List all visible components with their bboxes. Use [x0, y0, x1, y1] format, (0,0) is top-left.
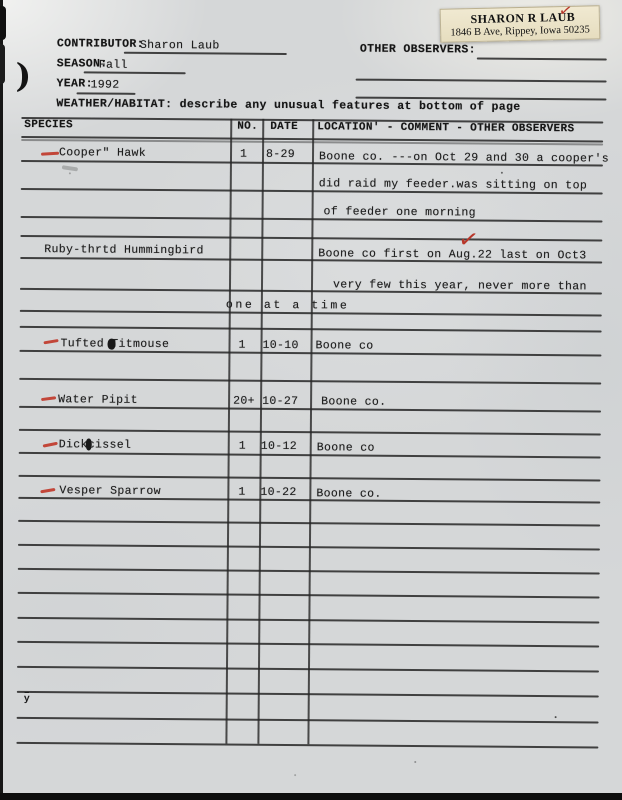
location-cell: did raid my feeder.was sitting on top	[319, 177, 587, 192]
scan-edge-left	[0, 0, 3, 796]
species-cell: Dickcissel	[59, 438, 132, 452]
other-observers-underline	[477, 58, 607, 61]
year-underline	[76, 92, 135, 94]
year-value: 1992	[91, 78, 120, 91]
red-tick-mark	[41, 152, 59, 156]
form-content: CONTRIBUTOR: Sharon Laub OTHER OBSERVERS…	[0, 0, 622, 800]
species-cell: Vesper Sparrow	[59, 484, 161, 498]
species-cell: Ruby-thrtd Hummingbird	[44, 243, 204, 257]
date-cell: 8-29	[266, 148, 295, 161]
no-cell: 1	[240, 148, 247, 161]
contributor-underline	[124, 52, 287, 55]
column-header-date: DATE	[270, 121, 298, 133]
location-cell: of feeder one morning	[324, 205, 476, 219]
year-label: YEAR:	[57, 77, 93, 90]
season-underline	[84, 71, 186, 74]
season-value: Fall	[99, 59, 128, 72]
scan-edge-blob	[0, 44, 5, 84]
location-cell: Boone co	[317, 441, 375, 454]
date-cell: 10-22	[260, 486, 296, 499]
other-observers-label: OTHER OBSERVERS:	[360, 43, 476, 57]
pencil-smudge	[62, 165, 78, 171]
margin-scribble-y: y	[20, 697, 34, 703]
scan-edge-bottom	[0, 793, 622, 800]
date-cell: 10-10	[262, 339, 298, 352]
date-cell: 10-27	[262, 395, 298, 408]
ink-blob	[107, 339, 115, 350]
no-cell: 20+	[233, 395, 255, 408]
handwritten-paren-mark: )	[15, 56, 31, 95]
margin-scribble: – y	[20, 691, 34, 703]
no-cell: 1	[238, 339, 245, 352]
contributor-label: CONTRIBUTOR:	[57, 37, 144, 51]
date-cell: 10-12	[261, 440, 297, 453]
red-tick-mark	[41, 396, 56, 401]
column-header-location: LOCATION' - COMMENT - OTHER OBSERVERS	[317, 121, 574, 135]
scan-edge-blob	[0, 6, 6, 40]
no-cell: 1	[239, 440, 246, 453]
location-cell: Boone co.	[321, 395, 386, 409]
ink-blob	[86, 438, 92, 450]
weather-habitat-text: describe any unusual features at bottom …	[172, 98, 520, 114]
location-cell: Boone co first on Aug.22 last on Oct3	[318, 247, 586, 262]
weather-habitat-label: WEATHER/HABITAT:	[56, 97, 172, 111]
table-grid-lines	[0, 0, 622, 5]
no-cell: 1	[238, 486, 245, 499]
red-tick-mark	[40, 488, 55, 493]
species-cell: Water Pipit	[58, 393, 138, 407]
location-cell: Boone co.	[316, 487, 381, 501]
red-tick-mark	[43, 339, 58, 344]
species-cell: Cooper" Hawk	[59, 146, 146, 160]
location-cell: Boone co	[315, 339, 373, 352]
paper-specks	[501, 172, 503, 174]
blank-line-right-2	[356, 79, 607, 83]
contributor-value: Sharon Laub	[140, 39, 220, 53]
overflow-text: one at a time	[226, 299, 350, 313]
location-cell: Boone co. ---on Oct 29 and 30 a cooper's	[319, 150, 609, 165]
column-header-no: NO.	[237, 121, 258, 133]
scanned-bird-report-page: ✓ SHARON R LAUB 1846 B Ave, Rippey, Iowa…	[0, 0, 622, 800]
location-cell: very few this year, never more than	[333, 278, 587, 293]
column-header-species: SPECIES	[24, 119, 73, 131]
red-tick-mark	[43, 442, 58, 448]
weather-habitat-note: WEATHER/HABITAT: describe any unusual fe…	[56, 97, 520, 114]
